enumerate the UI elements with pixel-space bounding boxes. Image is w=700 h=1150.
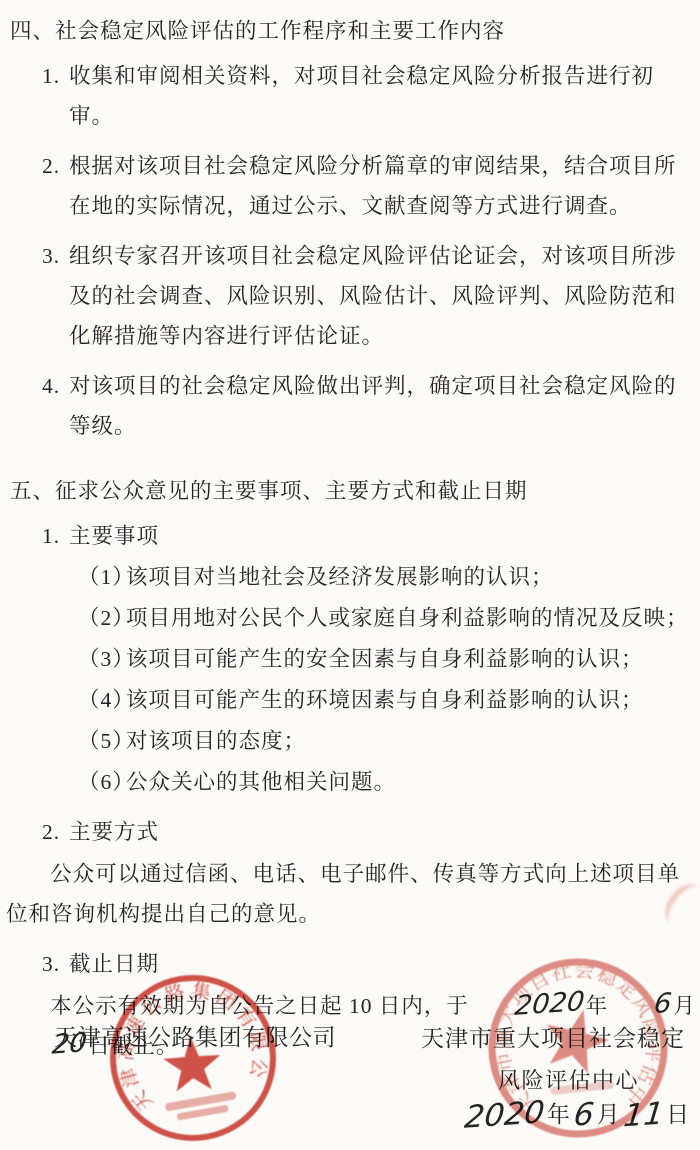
item-number: 2. — [42, 146, 69, 226]
section5-heading: 五、征求公众意见的主要事项、主要方式和截止日期 — [10, 476, 700, 506]
notice-body: 四、社会稳定风险评估的工作程序和主要工作内容 1. 收集和审阅相关资料，对项目社… — [0, 0, 700, 1066]
sub-item-text: 对该项目的态度； — [126, 721, 700, 761]
sub-item-6: （6） 公众关心的其他相关问题。 — [78, 762, 700, 802]
sub-item-3: （3） 该项目可能产生的安全因素与自身利益影响的认识； — [78, 639, 700, 679]
sub-item-number: （5） — [78, 721, 126, 761]
list-item-4-4: 4. 对该项目的社会稳定风险做出评判，确定项目社会稳定风险的等级。 — [42, 366, 700, 446]
assessment-center-seal: 天津市重大项目社会稳定风险评估中心 — [477, 947, 679, 1149]
seal-ink-smudge — [164, 1091, 238, 1122]
list-item-5-2: 2. 主要方式 — [42, 812, 700, 852]
sub-item-number: （6） — [78, 762, 126, 802]
seal-star-icon — [538, 1002, 615, 1076]
list-item-5-1: 1. 主要事项 — [42, 516, 700, 556]
item-text: 组织专家召开该项目社会稳定风险评估论证会，对该项目所涉及的社会调查、风险识别、风… — [69, 236, 700, 356]
section4-heading: 四、社会稳定风险评估的工作程序和主要工作内容 — [10, 16, 700, 46]
item-number: 2. — [42, 812, 69, 852]
sub-item-text: 公众关心的其他相关问题。 — [126, 762, 700, 802]
item-text: 收集和审阅相关资料，对项目社会稳定风险分析报告进行初审。 — [69, 56, 700, 136]
sub-item-number: （4） — [78, 680, 126, 720]
item-number: 3. — [42, 944, 69, 984]
sub-item-1: （1） 该项目对当地社会及经济发展影响的认识； — [78, 557, 700, 597]
public-notice-page: 四、社会稳定风险评估的工作程序和主要工作内容 1. 收集和审阅相关资料，对项目社… — [0, 0, 700, 1150]
list-item-4-1: 1. 收集和审阅相关资料，对项目社会稳定风险分析报告进行初审。 — [42, 56, 700, 136]
sub-item-4: （4） 该项目可能产生的环境因素与自身利益影响的认识； — [78, 680, 700, 720]
sub-item-5: （5） 对该项目的态度； — [78, 721, 700, 761]
sub-item-number: （2） — [78, 598, 126, 638]
item-number: 1. — [42, 516, 69, 556]
sub-item-text: 该项目对当地社会及经济发展影响的认识； — [126, 557, 700, 597]
methods-paragraph: 公众可以通过信函、电话、电子邮件、传真等方式向上述项目单位和咨询机构提出自己的意… — [6, 854, 696, 934]
sub-item-number: （3） — [78, 639, 126, 679]
sub-item-number: （1） — [78, 557, 126, 597]
company-seal-left: 天津高速公路集团有限公司 — [93, 958, 292, 1150]
item-title: 主要方式 — [69, 812, 700, 852]
sub-item-text: 该项目可能产生的安全因素与自身利益影响的认识； — [126, 639, 700, 679]
item-text: 根据对该项目社会稳定风险分析篇章的审阅结果，结合项目所在地的实际情况，通过公示、… — [69, 146, 700, 226]
list-item-4-2: 2. 根据对该项目社会稳定风险分析篇章的审阅结果，结合项目所在地的实际情况，通过… — [42, 146, 700, 226]
seal-ink-smudge — [550, 1080, 614, 1095]
item-number: 4. — [42, 366, 69, 446]
item-text: 对该项目的社会稳定风险做出评判，确定项目社会稳定风险的等级。 — [69, 366, 700, 446]
item-number: 3. — [42, 236, 69, 356]
sub-item-text: 项目用地对公民个人或家庭自身利益影响的情况及反映； — [126, 598, 700, 638]
item-number: 1. — [42, 56, 69, 136]
month-label: 月 — [673, 994, 696, 1018]
seal-star-icon — [162, 1034, 223, 1092]
sub-item-text: 该项目可能产生的环境因素与自身利益影响的认识； — [126, 680, 700, 720]
sub-item-2: （2） 项目用地对公民个人或家庭自身利益影响的情况及反映； — [78, 598, 700, 638]
list-item-4-3: 3. 组织专家召开该项目社会稳定风险评估论证会，对该项目所涉及的社会调查、风险识… — [42, 236, 700, 356]
item-title: 主要事项 — [69, 516, 700, 556]
